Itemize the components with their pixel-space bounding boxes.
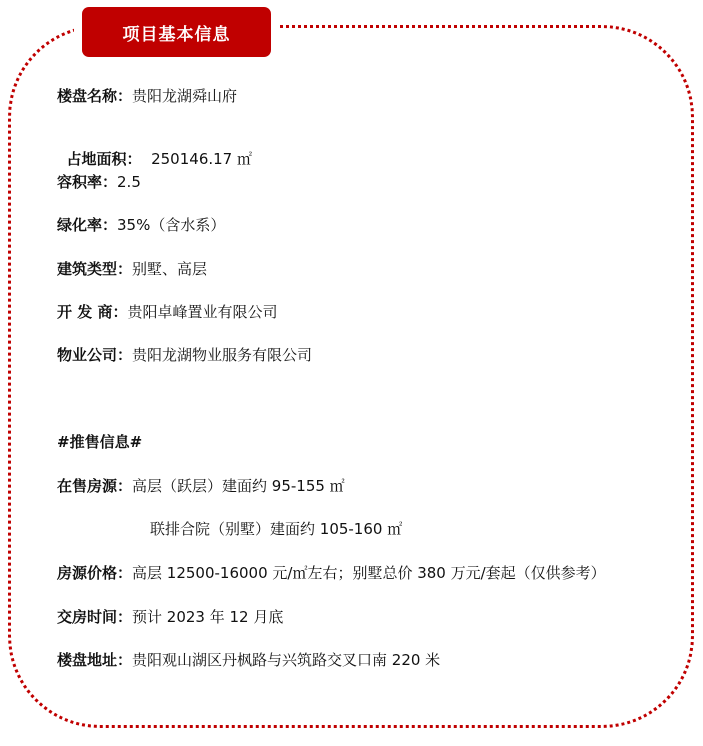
info-value: 贵阳卓峰置业有限公司 — [127, 303, 277, 321]
sales-label: 在售房源： — [57, 477, 132, 495]
info-value: 35%（含水系） — [117, 216, 225, 234]
info-label: 容积率： — [57, 173, 117, 191]
info-row-building-type: 建筑类型：别墅、高层 — [57, 259, 207, 279]
info-row-developer: 开 发 商：贵阳卓峰置业有限公司 — [57, 302, 277, 322]
sales-label: 楼盘地址： — [57, 651, 132, 669]
info-label: 物业公司： — [57, 346, 132, 364]
sales-row-available: 在售房源：高层（跃层）建面约 95-155 ㎡ — [57, 476, 345, 496]
info-row-property-mgmt: 物业公司：贵阳龙湖物业服务有限公司 — [57, 345, 312, 365]
info-label: 楼盘名称： — [57, 87, 132, 105]
info-row-name: 楼盘名称：贵阳龙湖舜山府 — [57, 86, 237, 106]
sales-row-address: 楼盘地址：贵阳观山湖区丹枫路与兴筑路交叉口南 220 米 — [57, 650, 440, 670]
sales-value: 预计 2023 年 12 月底 — [132, 608, 283, 626]
info-label: 占地面积： — [67, 150, 142, 168]
info-label: 建筑类型： — [57, 260, 132, 278]
info-value: 2.5 — [117, 173, 141, 191]
info-value: 贵阳龙湖物业服务有限公司 — [132, 346, 312, 364]
sales-row-delivery: 交房时间：预计 2023 年 12 月底 — [57, 607, 283, 627]
info-value: 别墅、高层 — [132, 260, 207, 278]
info-row-area: 占地面积： 250146.17 ㎡ — [57, 129, 252, 169]
info-value: 贵阳龙湖舜山府 — [132, 87, 237, 105]
info-label: 开 发 商： — [57, 303, 127, 321]
sales-label: 交房时间： — [57, 608, 132, 626]
sales-heading-row: #推售信息# — [57, 432, 142, 452]
section-title-tab: 项目基本信息 — [82, 7, 271, 57]
sales-row-price: 房源价格：高层 12500-16000 元/㎡左右；别墅总价 380 万元/套起… — [57, 563, 606, 583]
sales-value: 高层 12500-16000 元/㎡左右；别墅总价 380 万元/套起（仅供参考… — [132, 564, 606, 582]
info-label: 绿化率： — [57, 216, 117, 234]
info-row-green-ratio: 绿化率：35%（含水系） — [57, 215, 225, 235]
info-value: 250146.17 ㎡ — [142, 150, 252, 168]
sales-row-available-cont: 联排合院（别墅）建面约 105-160 ㎡ — [150, 519, 402, 539]
sales-heading: #推售信息# — [57, 433, 142, 451]
info-row-plot-ratio: 容积率：2.5 — [57, 172, 141, 192]
sales-value: 联排合院（别墅）建面约 105-160 ㎡ — [150, 520, 402, 538]
sales-value: 高层（跃层）建面约 95-155 ㎡ — [132, 477, 345, 495]
sales-value: 贵阳观山湖区丹枫路与兴筑路交叉口南 220 米 — [132, 651, 440, 669]
sales-label: 房源价格： — [57, 564, 132, 582]
section-title: 项目基本信息 — [123, 20, 231, 45]
